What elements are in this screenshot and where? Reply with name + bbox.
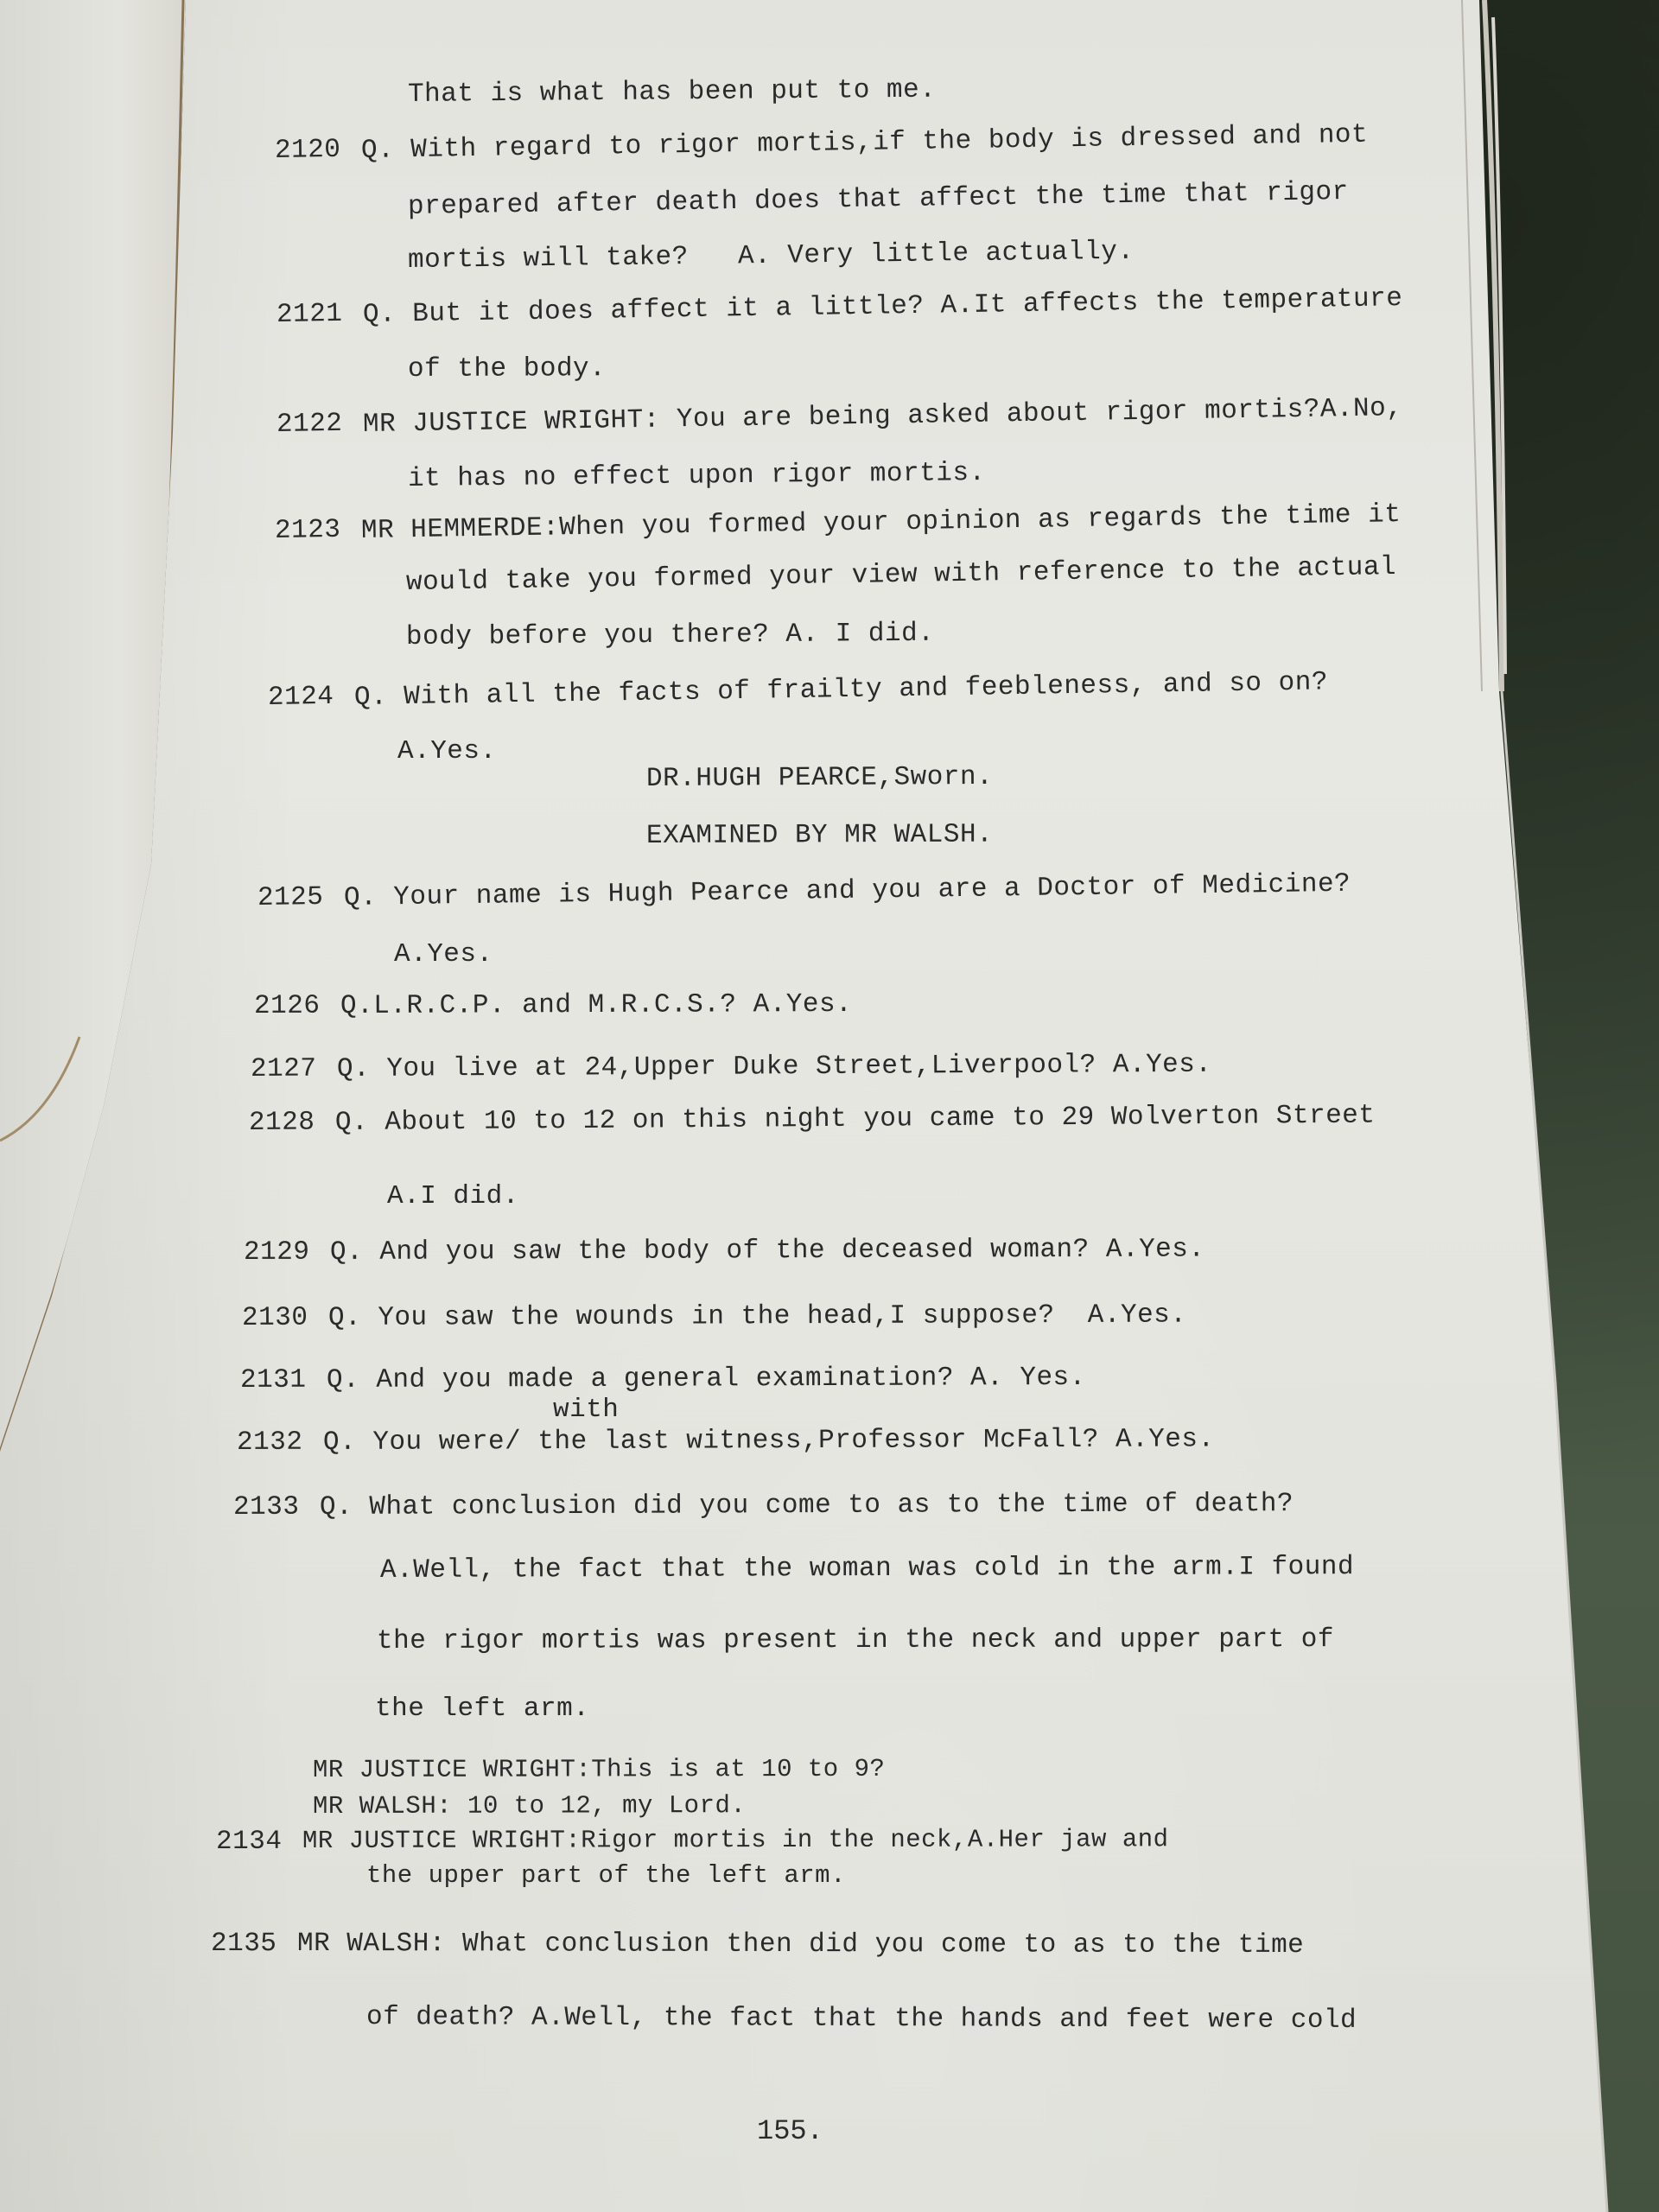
transcript-line: Q. You were/ the last witness,Professor … [323, 1424, 1215, 1458]
question-number: 2131 [240, 1365, 307, 1395]
transcript-line: Q. And you saw the body of the deceased … [330, 1234, 1205, 1268]
transcript-line: MR JUSTICE WRIGHT:This is at 10 to 9? [313, 1755, 885, 1784]
question-number: 2125 [257, 882, 324, 913]
question-number: 2134 [216, 1827, 282, 1857]
transcript-line: Q. What conclusion did you come to as to… [320, 1489, 1294, 1522]
transcript-line: Q. And you made a general examination? A… [327, 1363, 1086, 1395]
question-number: 2127 [251, 1054, 317, 1084]
question-number: 2124 [268, 682, 334, 713]
transcript-line: DR.HUGH PEARCE,Sworn. [646, 762, 993, 794]
transcript-line: Q. You saw the wounds in the head,I supp… [328, 1300, 1186, 1333]
question-number: 2122 [276, 409, 343, 440]
transcript-line: MR WALSH: What conclusion then did you c… [297, 1929, 1304, 1961]
transcript-line: That is what has been put to me. [408, 75, 937, 110]
handwritten-insertion: with [553, 1395, 619, 1425]
question-number: 2123 [275, 515, 341, 546]
transcript-line: MR WALSH: 10 to 12, my Lord. [313, 1791, 746, 1821]
question-number: 2130 [242, 1303, 308, 1333]
question-number: 2133 [233, 1492, 300, 1522]
transcript-line: it has no effect upon rigor mortis. [408, 458, 986, 494]
question-number: 2126 [254, 991, 321, 1021]
question-number: 2135 [211, 1929, 276, 1959]
question-number: 2129 [244, 1237, 310, 1268]
transcript-line: the rigor mortis was present in the neck… [377, 1624, 1334, 1656]
transcript-line: A.I did. [387, 1181, 519, 1211]
question-number: 2120 [275, 135, 341, 166]
question-number: 2128 [249, 1107, 315, 1138]
transcript-line: body before you there? A. I did. [406, 619, 935, 652]
transcript-line: EXAMINED BY MR WALSH. [646, 820, 993, 851]
question-number: 2132 [237, 1427, 303, 1458]
transcript-line: the upper part of the left arm. [366, 1861, 846, 1890]
page-number: 155. [757, 2115, 823, 2147]
question-number: 2121 [276, 299, 343, 330]
transcript-line: the left arm. [375, 1694, 589, 1724]
transcript-line: A.Yes. [397, 736, 497, 766]
transcript-line: A.Well, the fact that the woman was cold… [380, 1552, 1354, 1586]
transcript-line: of the body. [408, 353, 606, 385]
transcript-line: Q. You live at 24,Upper Duke Street,Live… [337, 1050, 1212, 1084]
transcript-line: Q.L.R.C.P. and M.R.C.S.? A.Yes. [340, 989, 852, 1021]
transcript-line: MR JUSTICE WRIGHT:Rigor mortis in the ne… [302, 1825, 1169, 1855]
transcript-line: A.Yes. [394, 939, 493, 969]
transcript-line: of death? A.Well, the fact that the hand… [366, 2002, 1357, 2036]
